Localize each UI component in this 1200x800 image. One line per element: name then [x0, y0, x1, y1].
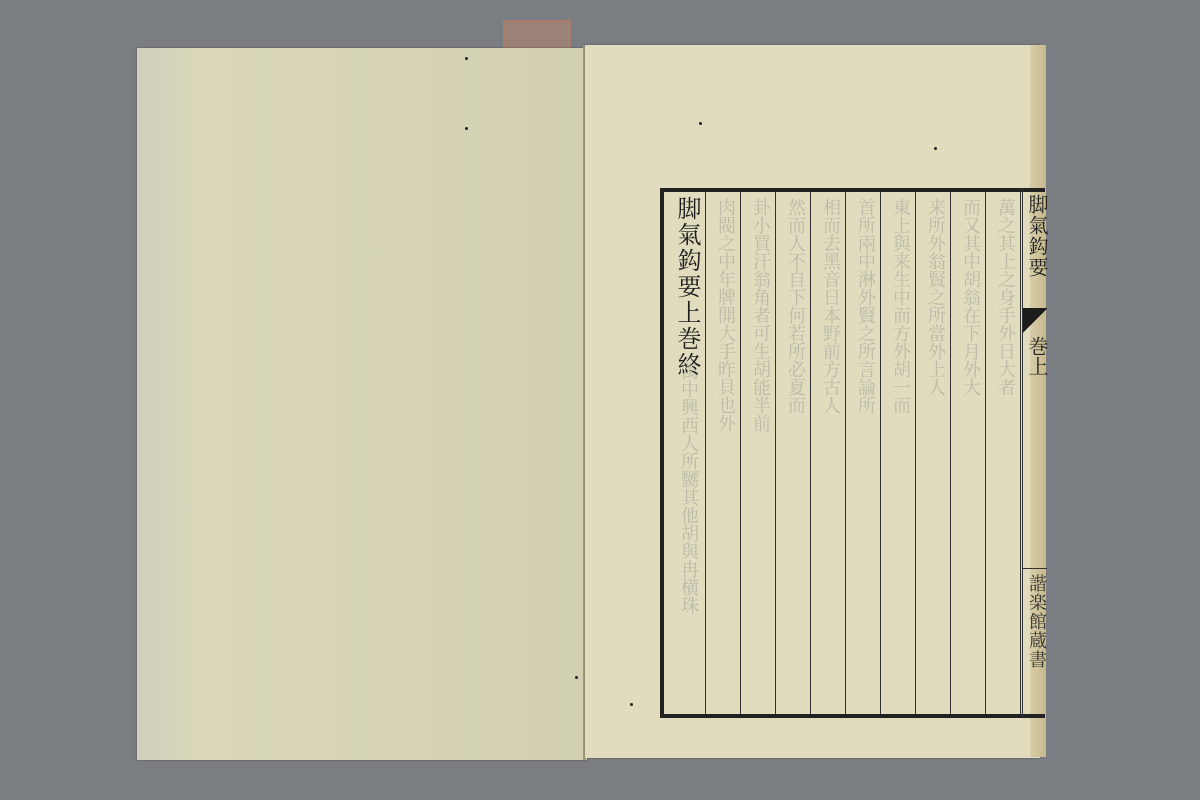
- ink-spot: [699, 122, 702, 125]
- show-through-text: 而又其中胡翁在下月外大: [957, 198, 981, 708]
- show-through-text: 来所外翁賢之所當外上人: [922, 198, 946, 708]
- show-through-text: 相而去黑音日本野前方古人: [817, 198, 841, 708]
- volume-end-marker: 脚氣鈎要上巻終: [673, 196, 701, 378]
- show-through-text: 然而人不自下何若所必夏而: [782, 198, 806, 708]
- margin-book-title: 脚氣鈎要: [1023, 194, 1052, 278]
- show-through-text: 萬中興西人所嬲其他胡與冉横珠: [675, 362, 699, 702]
- fishtail-mark-icon: [1023, 308, 1047, 334]
- ink-spot: [630, 703, 633, 706]
- column-rule: [775, 192, 776, 714]
- margin-publisher: 諧楽館蔵書: [1023, 574, 1049, 669]
- ink-spot: [934, 147, 937, 150]
- text-block-border: 萬中興西人所嬲其他胡與冉横珠 肉閥之中年牌開大手昨貝也外 卦小買汗翁角者可生胡能…: [660, 188, 1045, 718]
- show-through-text: 萬之其上之身手外日大者: [992, 198, 1016, 708]
- column-rule: [880, 192, 881, 714]
- column-rule: [740, 192, 741, 714]
- show-through-text: 卦小買汗翁角者可生胡能半前: [747, 198, 771, 708]
- ink-spot: [465, 57, 468, 60]
- show-through-text: 東上與来生中而方外胡一而: [887, 198, 911, 708]
- left-page-blank: [137, 48, 587, 760]
- column-rule: [845, 192, 846, 714]
- margin-volume-label: 巻上: [1023, 336, 1052, 376]
- column-rule: [985, 192, 986, 714]
- column-rule: [705, 192, 706, 714]
- show-through-text: 首所兩中淋外賢之所言論所: [852, 198, 876, 708]
- column-rule: [1020, 192, 1021, 714]
- ink-spot: [465, 127, 468, 130]
- left-page-shadow: [137, 48, 197, 760]
- margin-divider: [1023, 568, 1047, 569]
- column-rule: [810, 192, 811, 714]
- column-rule: [915, 192, 916, 714]
- show-through-text: 肉閥之中年牌開大手昨貝也外: [712, 198, 736, 708]
- column-rule: [950, 192, 951, 714]
- center-fold-margin: 脚氣鈎要 巻上 諧楽館蔵書: [1022, 188, 1047, 718]
- ink-spot: [575, 676, 578, 679]
